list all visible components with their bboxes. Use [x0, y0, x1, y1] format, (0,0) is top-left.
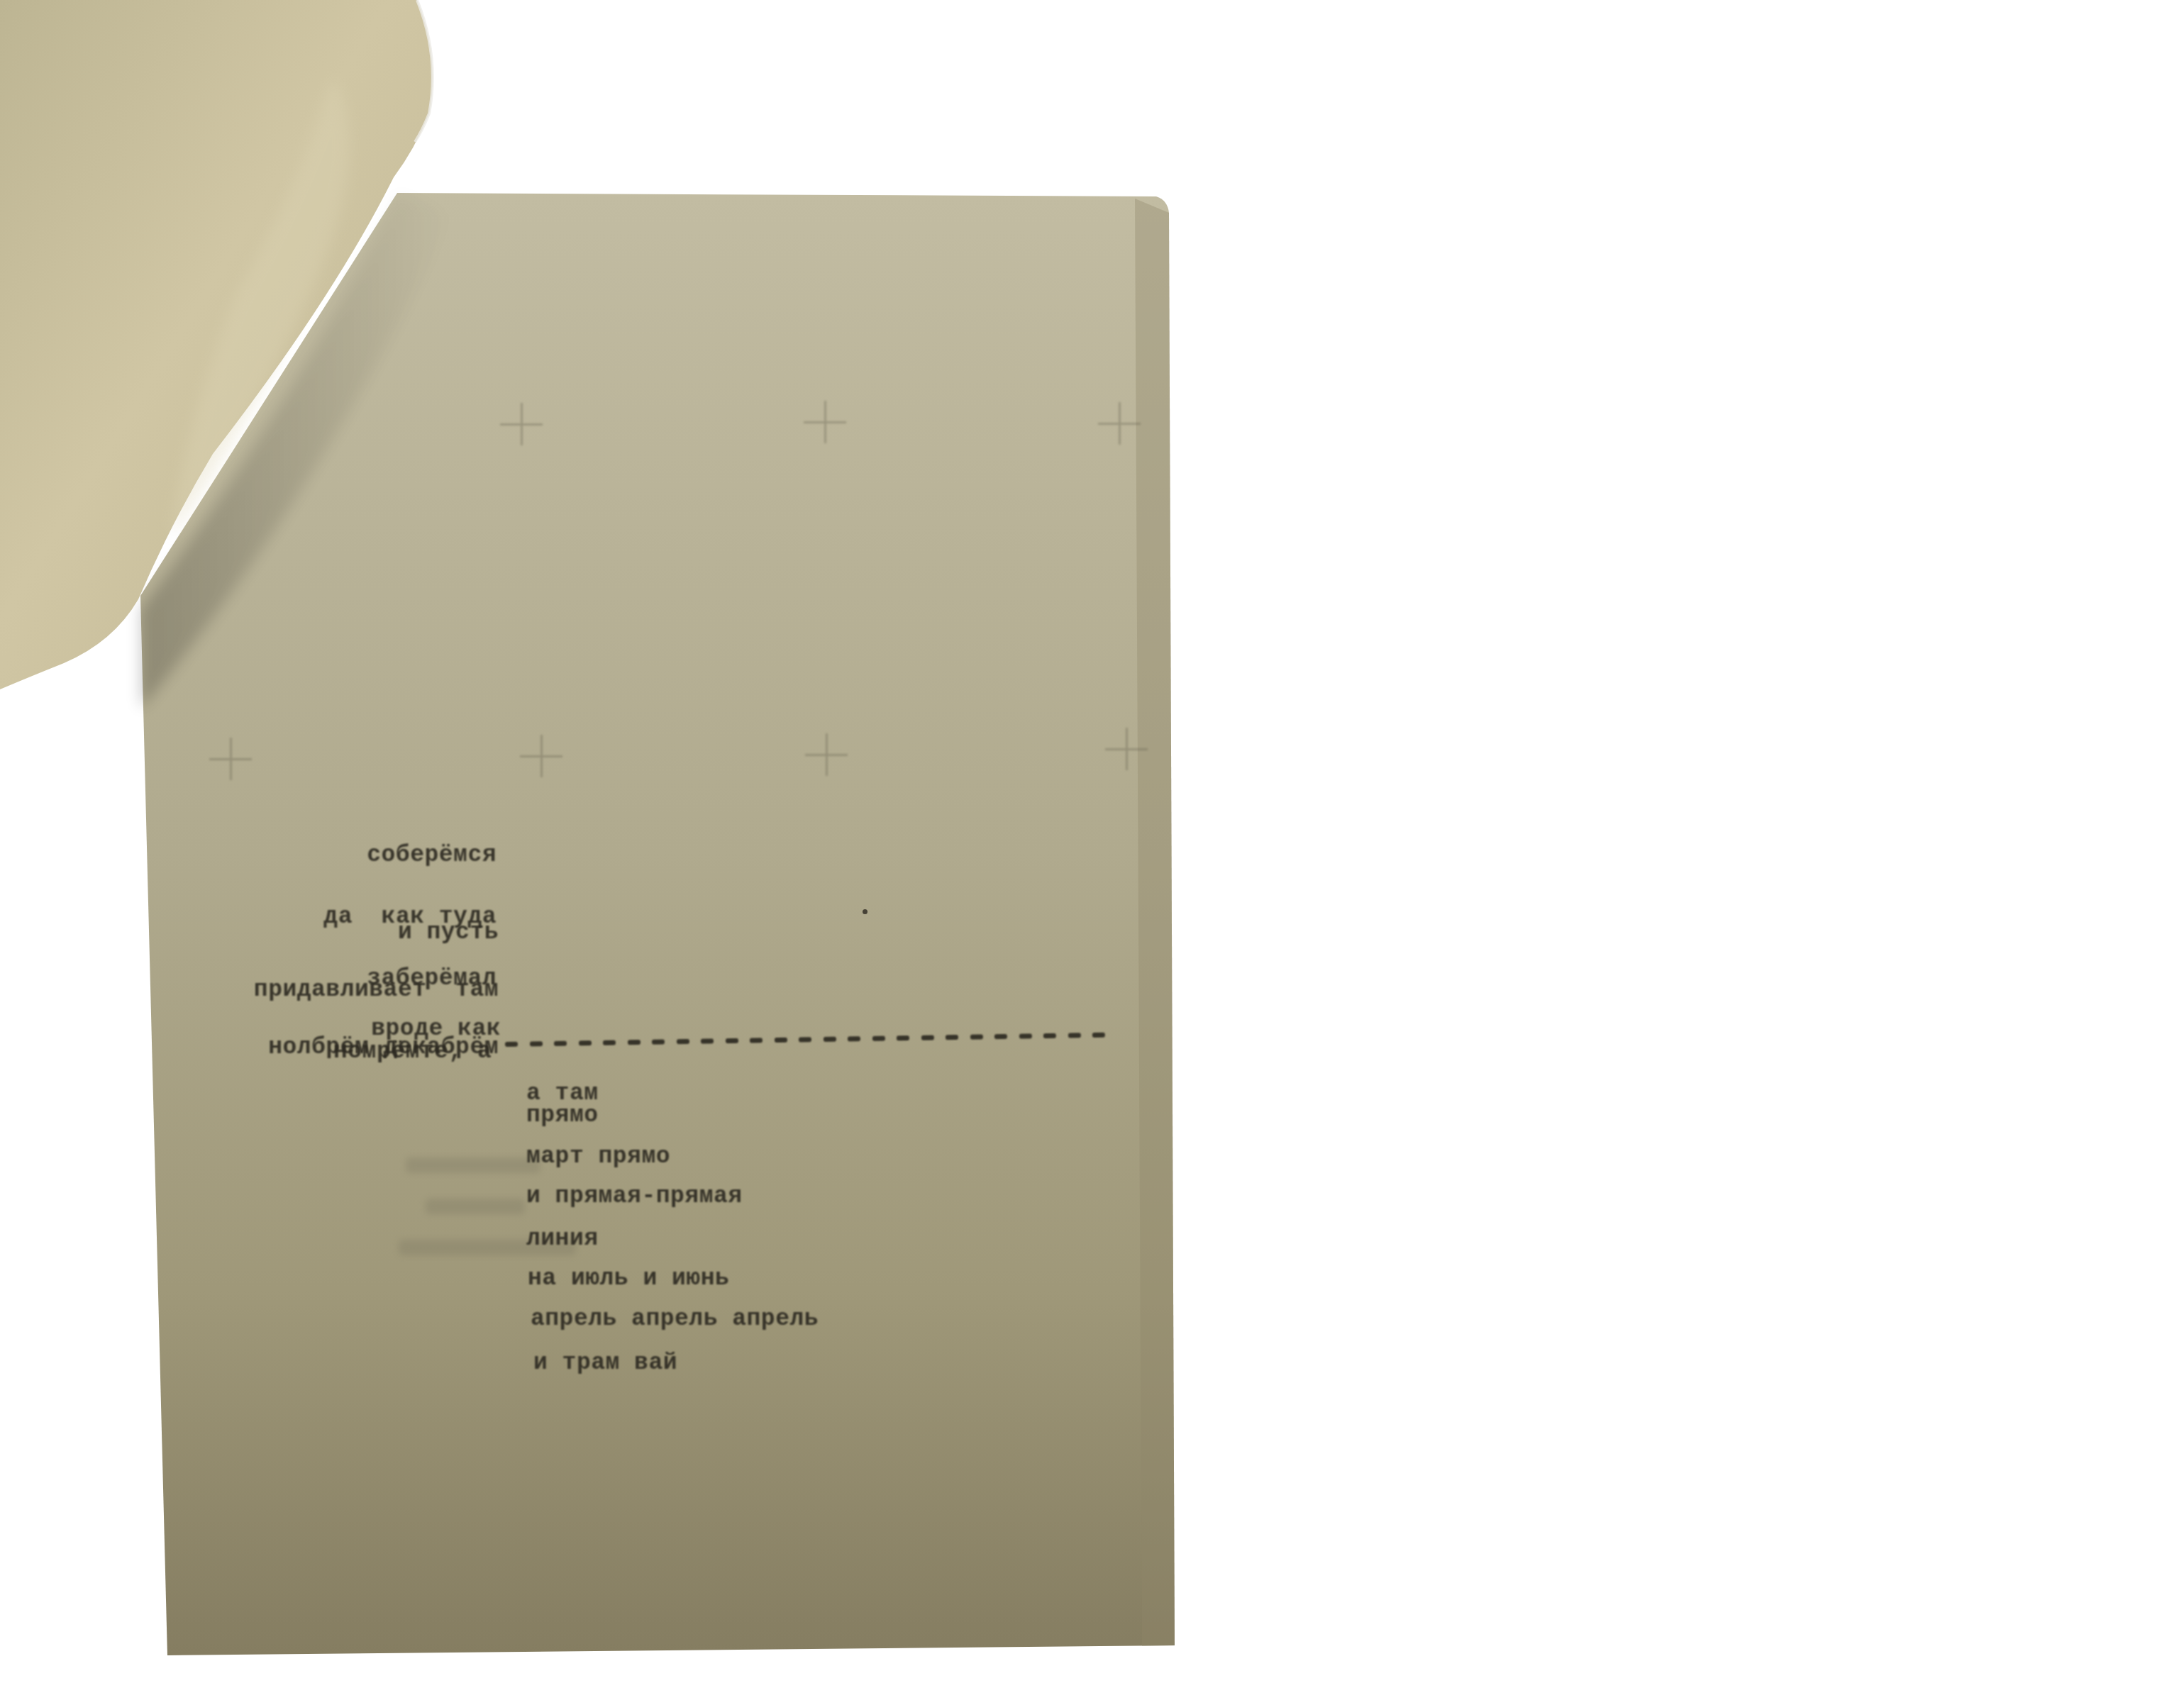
- poem-line: соберёмся: [323, 845, 497, 865]
- dash-mark: [676, 1039, 689, 1044]
- dash-mark: [897, 1035, 909, 1040]
- right-line: апрель апрель апрель: [531, 1307, 819, 1331]
- poem-line: и пусть: [254, 923, 499, 942]
- photo-scene: соберёмся да как туда заберёмал и пусть …: [0, 0, 2184, 1705]
- dash-mark: [946, 1035, 958, 1040]
- dash-mark: [872, 1036, 885, 1041]
- dash-mark: [578, 1040, 591, 1045]
- dash-mark: [505, 1042, 518, 1047]
- dash-mark: [970, 1034, 982, 1039]
- dash-mark: [627, 1040, 640, 1045]
- dash-mark: [921, 1035, 933, 1040]
- poem-line: вроде как: [371, 1017, 501, 1040]
- dash-mark: [774, 1038, 787, 1043]
- registration-mark: [805, 733, 848, 776]
- dash-mark: [750, 1038, 763, 1043]
- dash-mark: [1068, 1033, 1080, 1038]
- right-line: и прямая-прямая: [526, 1184, 743, 1208]
- right-line: и трам вай: [533, 1351, 677, 1374]
- right-line: линия: [526, 1227, 599, 1250]
- right-line: март прямо: [526, 1145, 670, 1168]
- show-through-text: [406, 1157, 541, 1173]
- dash-mark: [848, 1036, 860, 1041]
- registration-mark: [520, 735, 562, 777]
- right-line: на июль и июнь: [528, 1267, 729, 1290]
- registration-mark: [500, 403, 543, 445]
- stanza-left-3: вроде как: [371, 970, 501, 1087]
- dash-mark: [1019, 1033, 1031, 1038]
- divider-lead-text: номрёмте, а: [333, 1040, 492, 1063]
- dash-mark: [1043, 1033, 1056, 1038]
- dash-mark: [725, 1038, 738, 1043]
- dash-mark: [529, 1041, 542, 1046]
- dash-mark: [603, 1040, 616, 1045]
- show-through-text: [426, 1199, 525, 1214]
- registration-mark: [1105, 728, 1148, 770]
- right-line: прямо: [526, 1104, 599, 1127]
- dash-mark: [799, 1037, 811, 1042]
- dash-mark: [994, 1034, 1007, 1039]
- dash-mark: [701, 1038, 714, 1043]
- registration-mark: [209, 738, 252, 780]
- dash-mark: [554, 1041, 567, 1046]
- registration-mark: [804, 401, 846, 443]
- registration-mark: [1098, 402, 1141, 445]
- dash-mark: [1092, 1033, 1105, 1038]
- dash-mark: [823, 1037, 836, 1042]
- ink-speck: [863, 909, 867, 914]
- dash-mark: [652, 1039, 665, 1044]
